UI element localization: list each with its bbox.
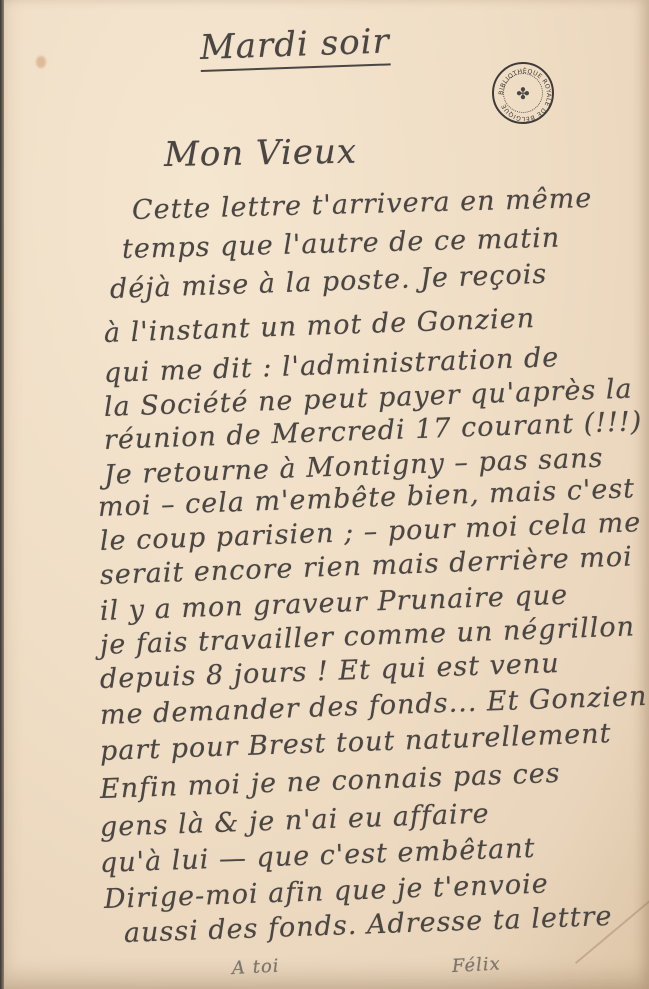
letter-page: Mardi soir BIBLIOTHÈQUE ROYALE DE BELGIQ…	[4, 0, 649, 989]
svg-text:BIBLIOTHÈQUE ROYALE DE BELGIQU: BIBLIOTHÈQUE ROYALE DE BELGIQUE	[498, 66, 552, 122]
signature: Félix	[451, 953, 501, 977]
letter-line: Enfin moi je ne connais pas ces	[99, 758, 561, 805]
letter-line: Cette lettre t'arrivera en même	[132, 183, 593, 226]
letter-salutation: Mon Vieux	[164, 132, 358, 175]
paper-stain	[36, 56, 46, 68]
letter-line: temps que l'autre de ce matin	[122, 223, 561, 265]
letter-heading: Mardi soir	[199, 21, 390, 68]
letter-line: déjà mise à la poste. Je reçois	[109, 259, 547, 305]
letter-line: à l'instant un mot de Gonzien	[103, 303, 535, 349]
closing-text: A toi	[231, 956, 280, 979]
library-stamp: BIBLIOTHÈQUE ROYALE DE BELGIQUE ✤	[492, 62, 554, 124]
stamp-ring-text: BIBLIOTHÈQUE ROYALE DE BELGIQUE	[494, 64, 556, 126]
